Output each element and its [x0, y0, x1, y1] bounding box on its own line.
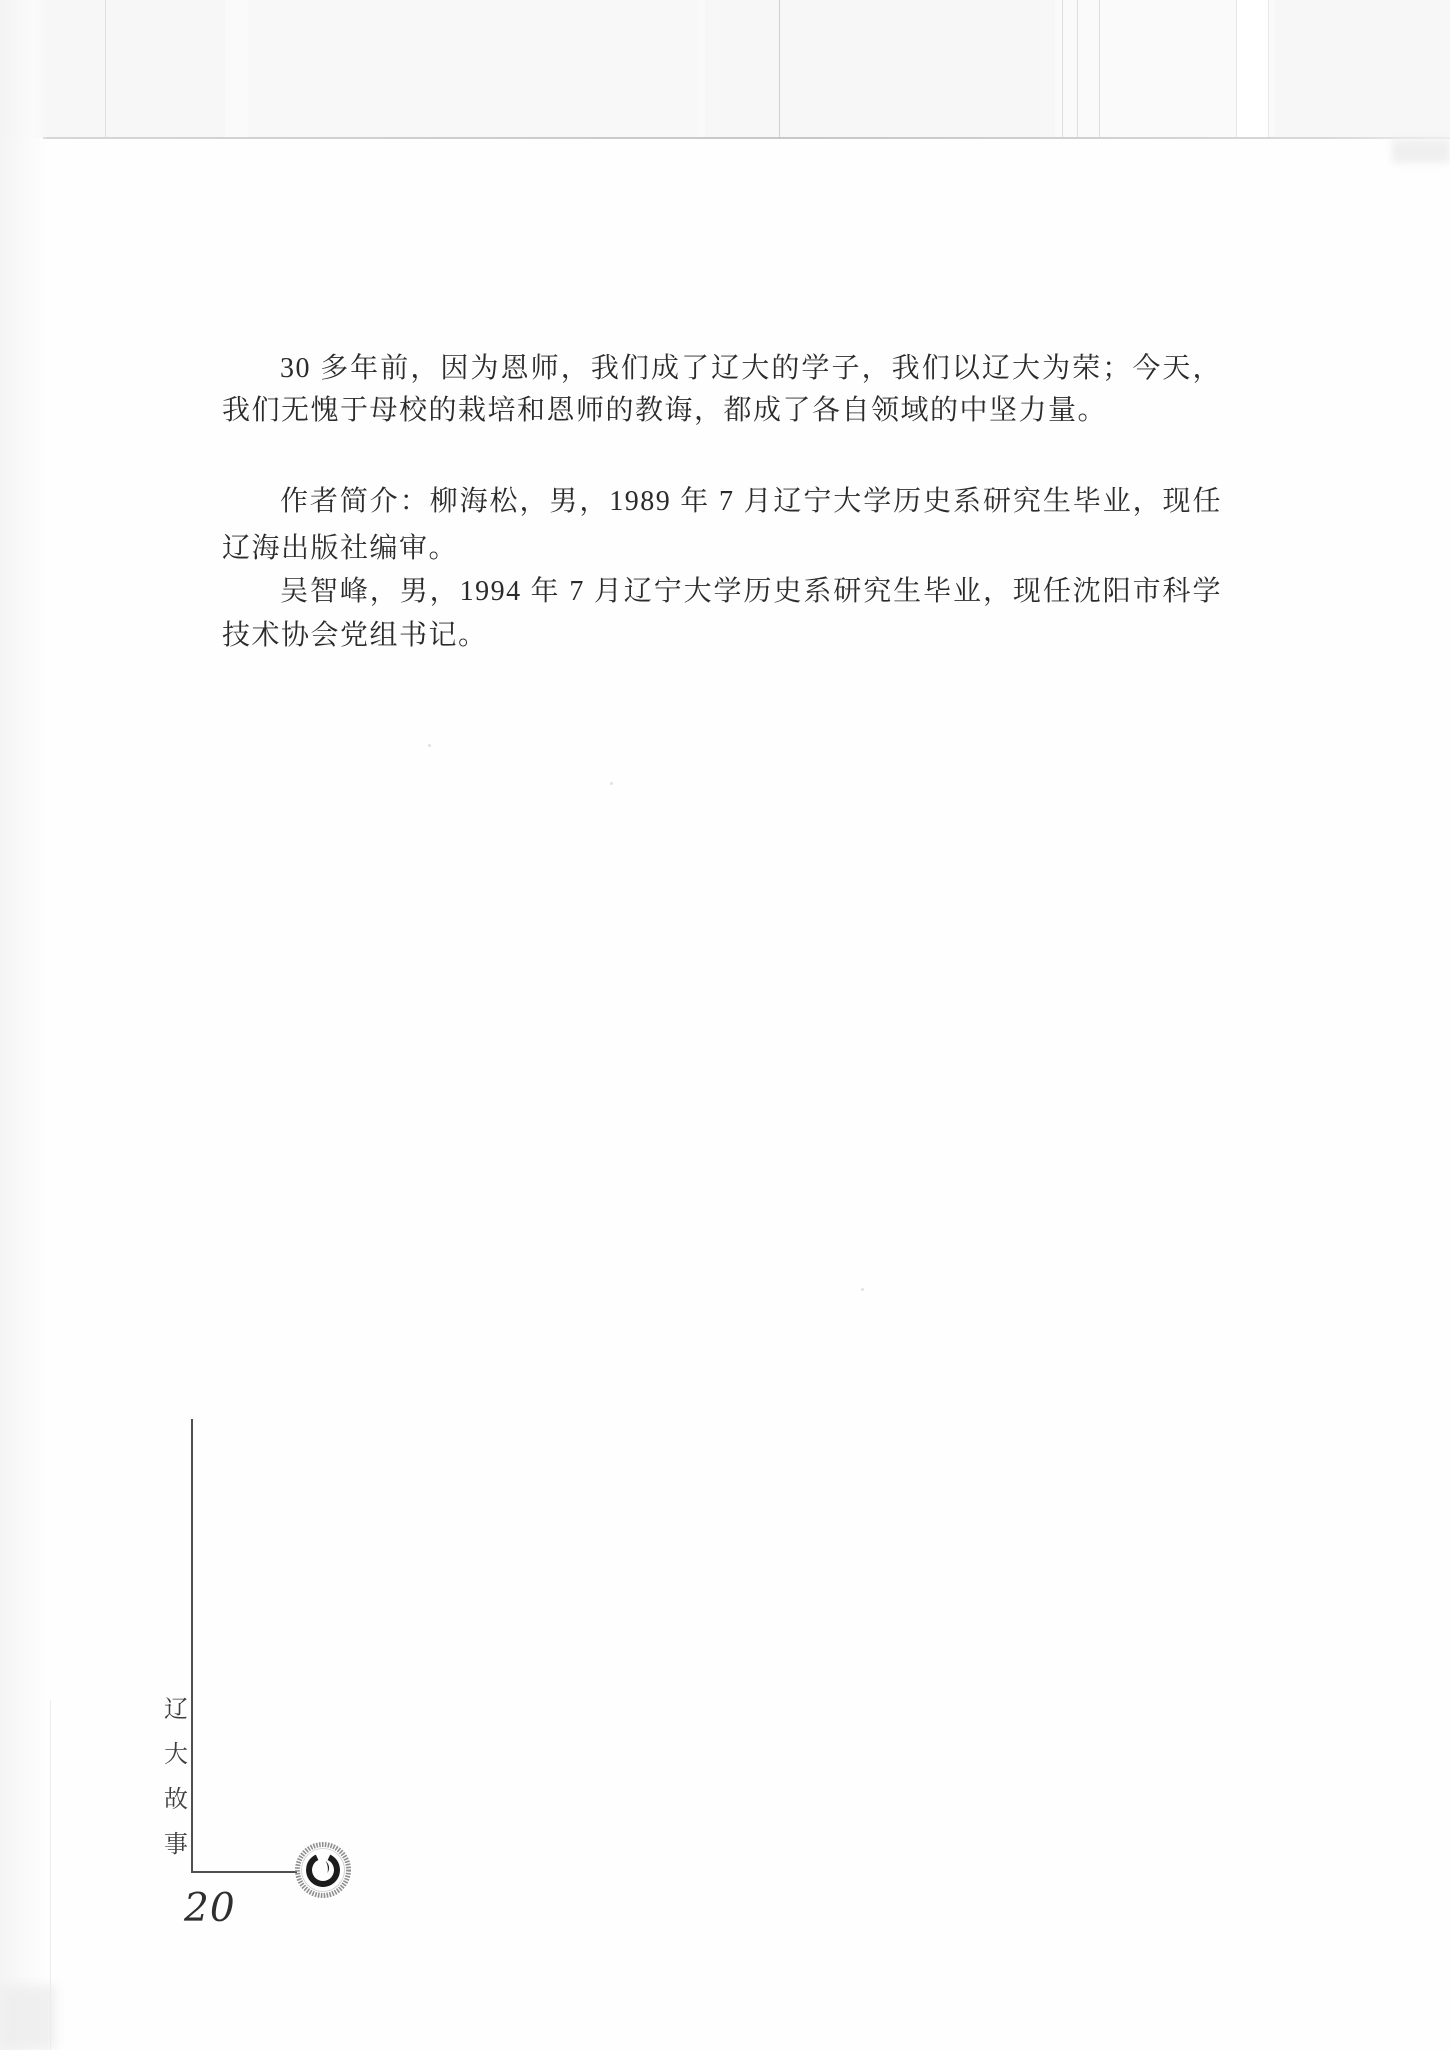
text-line: 技术协会党组书记。: [222, 614, 488, 658]
scan-speck: [610, 782, 613, 785]
page-top-edge-line: [43, 137, 1450, 139]
scan-streak: [105, 0, 106, 138]
text-line: 我们无愧于母校的栽培和恩师的教诲，都成了各自领域的中坚力量。: [222, 389, 1107, 433]
sidebar-title-char: 故: [163, 1788, 189, 1812]
text-line: 辽海出版社编审。: [222, 527, 458, 571]
sidebar-title: 辽 大 故 事: [163, 1698, 193, 1878]
scan-streak: [1236, 0, 1237, 138]
scan-mottle: [705, 0, 1055, 138]
sidebar-title-char: 大: [163, 1743, 189, 1767]
scan-streak: [1062, 0, 1063, 138]
sidebar-rule-horizontal: [191, 1871, 297, 1873]
circular-seal-icon: [294, 1841, 352, 1899]
top-scan-band: [0, 0, 1450, 138]
scan-streak: [779, 0, 780, 138]
scan-streak: [1099, 0, 1100, 138]
scan-speck: [861, 1288, 864, 1291]
scan-speck: [428, 744, 431, 747]
text-line: 作者简介：柳海松，男，1989 年 7 月辽宁大学历史系研究生毕业，现任: [280, 480, 1222, 524]
scan-streak: [1077, 0, 1078, 138]
left-scan-band: [0, 0, 48, 2050]
scan-mottle: [1275, 0, 1450, 138]
sidebar-title-char: 事: [163, 1833, 189, 1857]
scan-streak: [1268, 0, 1269, 138]
scanned-book-page: { "page": { "paragraphs": [ { "lines": […: [0, 0, 1450, 2050]
text-line: 吴智峰，男，1994 年 7 月辽宁大学历史系研究生毕业，现任沈阳市科学: [280, 570, 1222, 614]
scan-mottle: [248, 0, 698, 138]
text-line: 30 多年前，因为恩师，我们成了辽大的学子，我们以辽大为荣；今天，: [280, 347, 1222, 391]
scan-smudge: [0, 1985, 56, 2050]
sidebar-title-char: 辽: [163, 1698, 189, 1722]
page-number: 20: [184, 1888, 236, 1930]
scan-smudge: [1392, 139, 1450, 163]
scan-streak: [50, 1700, 51, 2050]
scan-white-strip: [1237, 0, 1268, 138]
